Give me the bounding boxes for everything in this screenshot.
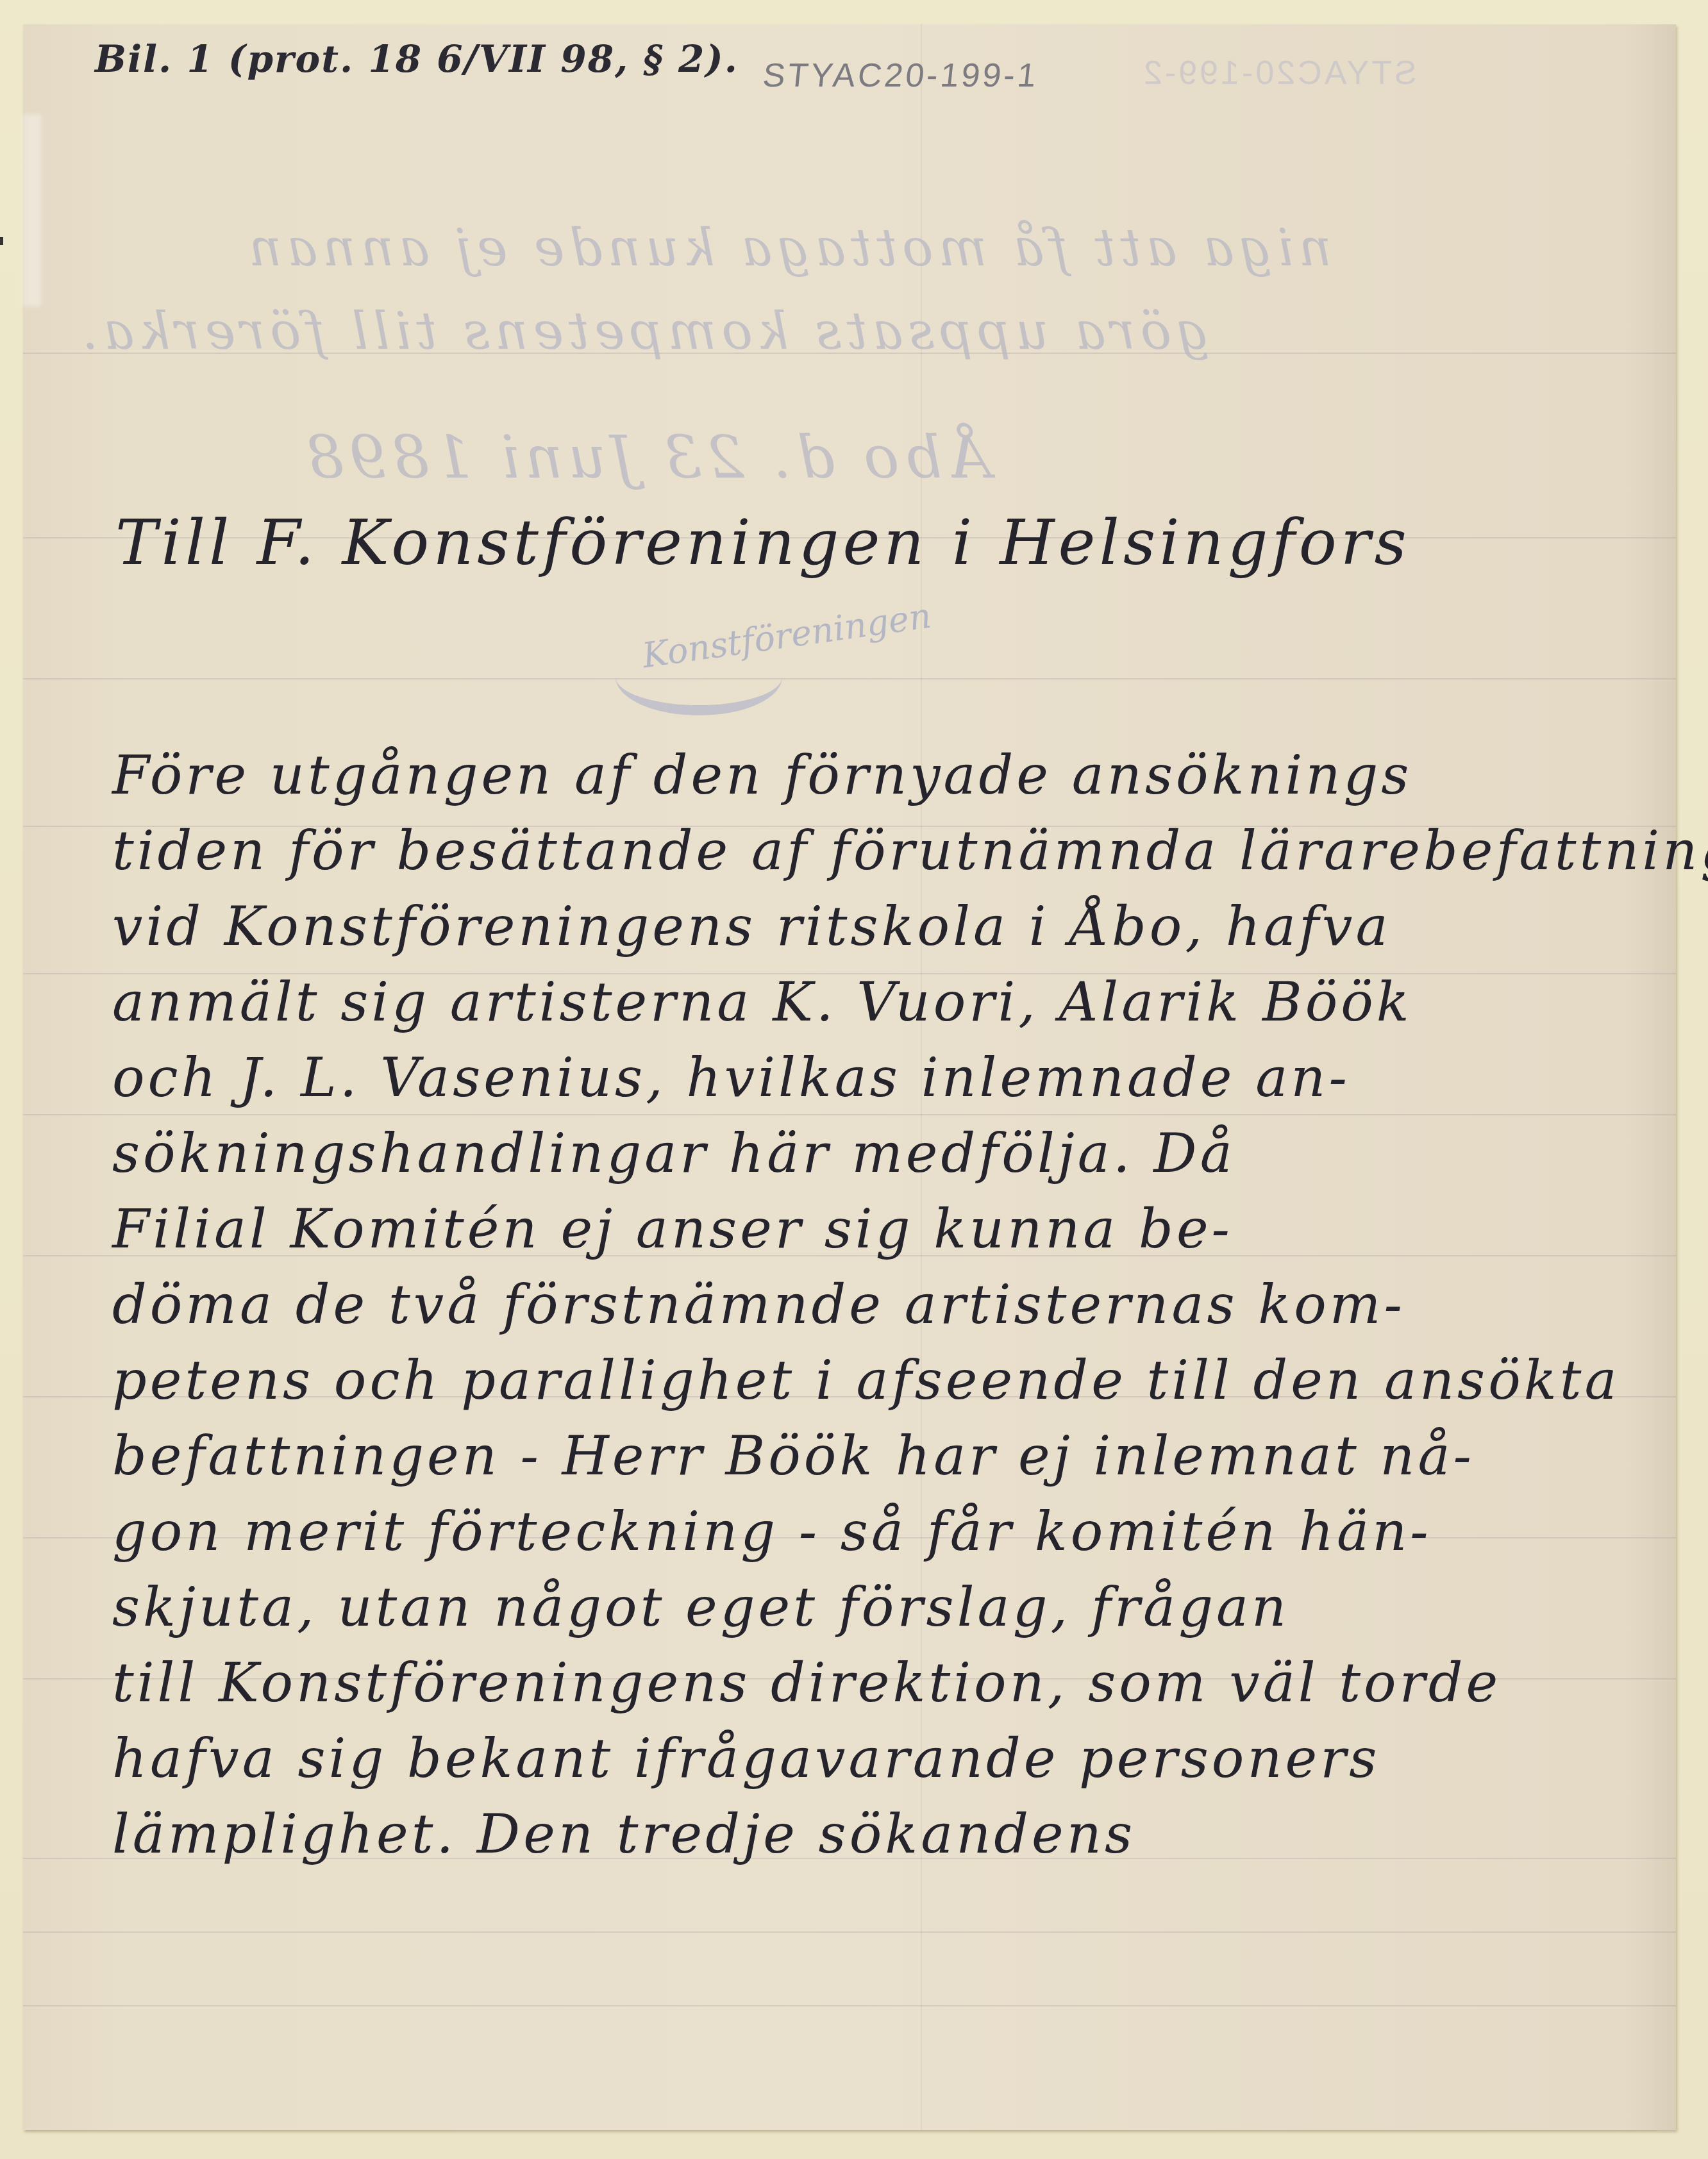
bleed-through-date: Åbo d. 23 Juni 1898: [301, 423, 990, 492]
body-line: och J. L. Vasenius, hvilkas inlemnade an…: [112, 1040, 1638, 1115]
catalog-id-bleed-through: STYAC20-199-2: [1141, 54, 1417, 92]
bleed-through-line: niga att få mottaga kunde ej annan: [244, 218, 1332, 278]
bleed-through-line: göra uppsats kompetens till förerka.: [77, 301, 1209, 361]
body-line: gon merit förteckning - så får komitén h…: [112, 1494, 1638, 1569]
body-line: hafva sig bekant ifrågavarande personers: [112, 1721, 1638, 1796]
ink-seal-stamp: Konstföreningen: [615, 596, 859, 718]
body-line: till Konstföreningens direktion, som väl…: [112, 1645, 1638, 1721]
body-line: vid Konstföreningens ritskola i Åbo, haf…: [112, 888, 1638, 964]
body-line: lämplighet. Den tredje sökandens: [112, 1796, 1638, 1872]
catalog-id-pencil: STYAC20-199-1: [761, 56, 1041, 95]
body-line: befattningen - Herr Böök har ej inlemnat…: [112, 1418, 1638, 1494]
letter-addressee: Till F. Konstföreningen i Helsingfors: [115, 506, 1411, 579]
ruled-line: [23, 2005, 1676, 2006]
body-line: anmält sig artisterna K. Vuori, Alarik B…: [112, 964, 1638, 1040]
archive-reference-note: Bil. 1 (prot. 18 6/VII 98, § 2).: [95, 37, 739, 81]
body-line: Filial Komitén ej anser sig kunna be-: [112, 1191, 1638, 1267]
seal-swoosh-icon: [615, 647, 782, 715]
body-line: skjuta, utan något eget förslag, frågan: [112, 1569, 1638, 1645]
body-line: sökningshandlingar här medfölja. Då: [112, 1115, 1638, 1191]
body-line: Före utgången af den förnyade ansöknings: [112, 737, 1638, 813]
ruled-line: [23, 1931, 1676, 1933]
mount-speck: [0, 237, 3, 245]
body-line: döma de två förstnämnde artisternas kom-: [112, 1267, 1638, 1342]
body-line: tiden för besättande af förutnämnda lära…: [112, 813, 1638, 888]
body-line: petens och parallighet i afseende till d…: [112, 1342, 1638, 1418]
letter-body: Före utgången af den förnyade ansöknings…: [112, 737, 1638, 1872]
